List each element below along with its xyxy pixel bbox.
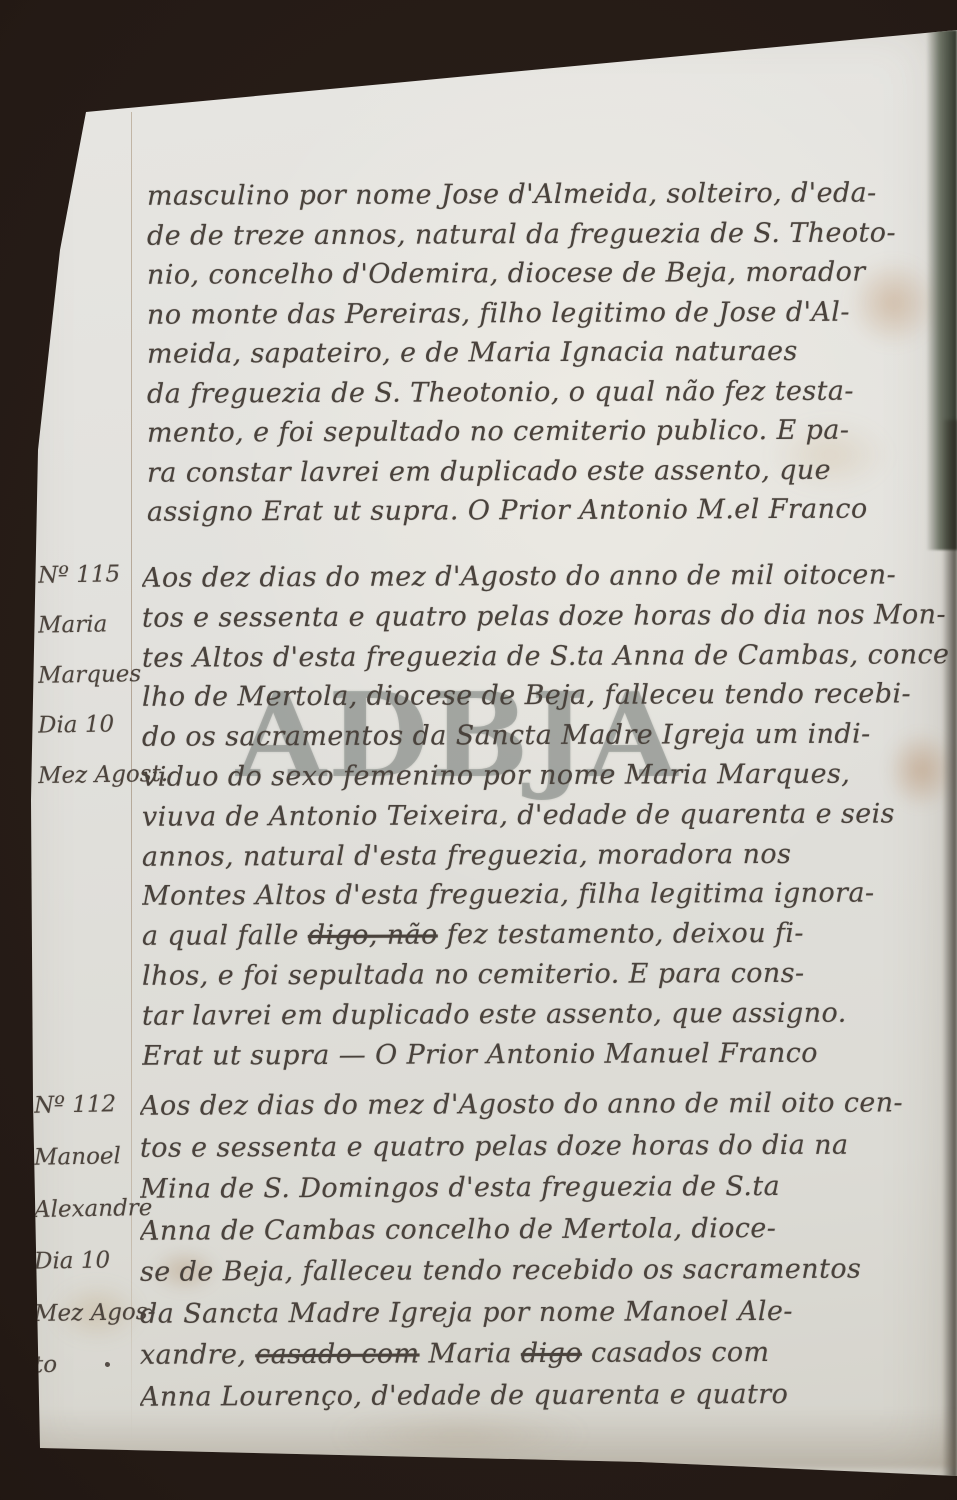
struck-out-text: casado com — [255, 1339, 419, 1371]
handwritten-text: de de treze annos, natural da freguezia … — [147, 217, 896, 251]
margin-note: to — [34, 1352, 58, 1378]
bottom-edge-shadow — [30, 1408, 957, 1468]
handwritten-text: lhos, e foi sepultada no cemiterio. E pa… — [142, 958, 805, 992]
text-line: tos e sessenta e quatro pelas doze horas… — [142, 598, 948, 635]
handwritten-text: assigno Erat ut supra. O Prior Antonio M… — [147, 494, 868, 528]
handwritten-text: ra constar lavrei em duplicado este asse… — [147, 454, 831, 488]
text-line: assigno Erat ut supra. O Prior Antonio M… — [147, 492, 947, 529]
text-line: se de Beja, falleceu tendo recebido os s… — [140, 1252, 948, 1289]
handwritten-text: tar lavrei em duplicado este assento, qu… — [142, 997, 847, 1031]
handwritten-text: Aos dez dias do mez d'Agosto do anno de … — [140, 1087, 903, 1121]
handwritten-text: tos e sessenta e quatro pelas doze horas… — [140, 1129, 849, 1163]
handwritten-text: tos e sessenta e quatro pelas doze horas… — [142, 599, 946, 634]
text-line: a qual falle digo, não fez testamento, d… — [142, 916, 948, 953]
handwritten-text: annos, natural d'esta freguezia, morador… — [142, 839, 791, 873]
handwritten-text: da Sancta Madre Igreja por nome Manoel A… — [140, 1295, 793, 1329]
text-line: lho de Mertola, diocese de Beja, fallece… — [142, 678, 948, 715]
ink-speck — [70, 106, 80, 110]
text-line: Anna de Cambas concelho de Mertola, dioc… — [140, 1211, 948, 1248]
text-line: xandre, casado com Maria digo casados co… — [140, 1335, 948, 1372]
text-line: Mina de S. Domingos d'esta freguezia de … — [140, 1169, 948, 1206]
right-edge-shadow — [942, 420, 957, 1480]
handwritten-text: fez testamento, deixou fi- — [438, 918, 804, 951]
text-line: lhos, e foi sepultada no cemiterio. E pa… — [142, 956, 948, 993]
handwritten-text: casados com — [582, 1337, 770, 1369]
handwritten-text: Mina de S. Domingos d'esta freguezia de … — [140, 1171, 780, 1205]
text-line: viduo do sexo femenino por nome Maria Ma… — [142, 757, 948, 794]
text-line: Aos dez dias do mez d'Agosto do anno de … — [140, 1086, 948, 1123]
text-line: Montes Altos d'esta freguezia, filha leg… — [142, 877, 948, 914]
handwritten-text: Aos dez dias do mez d'Agosto do anno de … — [142, 559, 896, 593]
struck-out-text: digo — [521, 1338, 582, 1369]
handwritten-text: se de Beja, falleceu tendo recebido os s… — [140, 1254, 861, 1288]
text-line: nio, concelho d'Odemira, diocese de Beja… — [147, 255, 947, 292]
struck-out-text: digo, não — [308, 920, 438, 952]
text-line: da freguezia de S. Theotonio, o qual não… — [147, 374, 947, 411]
text-line: Erat ut supra — O Prior Antonio Manuel F… — [142, 1036, 948, 1073]
ink-speck — [80, 91, 89, 97]
handwritten-text: Erat ut supra — O Prior Antonio Manuel F… — [142, 1037, 818, 1071]
handwritten-text: Anna de Cambas concelho de Mertola, dioc… — [140, 1212, 776, 1246]
ink-speck — [52, 94, 74, 102]
margin-note: Dia 10 — [38, 711, 115, 738]
photo-backdrop: ADBJA masculino por nome Jose d'Almeida,… — [0, 0, 957, 1500]
margin-note: Nº 112 — [34, 1091, 117, 1118]
document-page: ADBJA masculino por nome Jose d'Almeida,… — [0, 0, 957, 1500]
margin-note: Mez Agos- — [34, 1299, 156, 1327]
handwritten-text: da freguezia de S. Theotonio, o qual não… — [147, 375, 854, 409]
text-line: ra constar lavrei em duplicado este asse… — [147, 453, 947, 490]
text-line: mento, e foi sepultado no cemiterio publ… — [147, 413, 947, 450]
text-line: tos e sessenta e quatro pelas doze horas… — [140, 1128, 948, 1165]
text-line: masculino por nome Jose d'Almeida, solte… — [147, 176, 947, 213]
text-line: da Sancta Madre Igreja por nome Manoel A… — [140, 1294, 948, 1331]
ink-speck — [105, 1362, 110, 1367]
handwritten-text: xandre, — [140, 1339, 255, 1371]
margin-note: Alexandre — [34, 1195, 153, 1223]
margin-note: Manoel — [34, 1143, 121, 1171]
handwritten-text: do os sacramentos da Sancta Madre Igreja… — [142, 719, 871, 753]
text-line: meida, sapateiro, e de Maria Ignacia nat… — [147, 334, 947, 371]
handwritten-text: mento, e foi sepultado no cemiterio publ… — [147, 415, 849, 449]
text-line: no monte das Pereiras, filho legitimo de… — [147, 295, 947, 332]
text-line: do os sacramentos da Sancta Madre Igreja… — [142, 717, 948, 754]
handwritten-text: a qual falle — [142, 920, 308, 952]
handwritten-text: lho de Mertola, diocese de Beja, fallece… — [142, 679, 911, 713]
handwritten-text: no monte das Pereiras, filho legitimo de… — [147, 296, 850, 330]
margin-note: Marques — [38, 661, 142, 689]
margin-note: Nº 115 — [38, 561, 121, 588]
handwritten-text: Montes Altos d'esta freguezia, filha leg… — [142, 878, 875, 912]
text-line: annos, natural d'esta freguezia, morador… — [142, 837, 948, 874]
margin-note: Maria — [38, 611, 108, 638]
handwritten-text: viduo do sexo femenino por nome Maria Ma… — [142, 759, 850, 793]
text-line: tes Altos d'esta freguezia de S.ta Anna … — [142, 638, 948, 675]
handwritten-text: masculino por nome Jose d'Almeida, solte… — [147, 178, 877, 212]
handwritten-text: meida, sapateiro, e de Maria Ignacia nat… — [147, 336, 798, 370]
text-line: tar lavrei em duplicado este assento, qu… — [142, 996, 948, 1033]
handwritten-text: Maria — [419, 1338, 520, 1369]
handwritten-text: tes Altos d'esta freguezia de S.ta Anna … — [142, 639, 948, 674]
margin-note: Dia 10 — [34, 1247, 111, 1274]
text-line: viuva de Antonio Teixeira, d'edade de qu… — [142, 797, 948, 834]
text-line: Aos dez dias do mez d'Agosto do anno de … — [142, 558, 948, 595]
text-line: de de treze annos, natural da freguezia … — [147, 216, 947, 253]
handwritten-text: viuva de Antonio Teixeira, d'edade de qu… — [142, 798, 895, 832]
handwritten-text: nio, concelho d'Odemira, diocese de Beja… — [147, 257, 866, 291]
